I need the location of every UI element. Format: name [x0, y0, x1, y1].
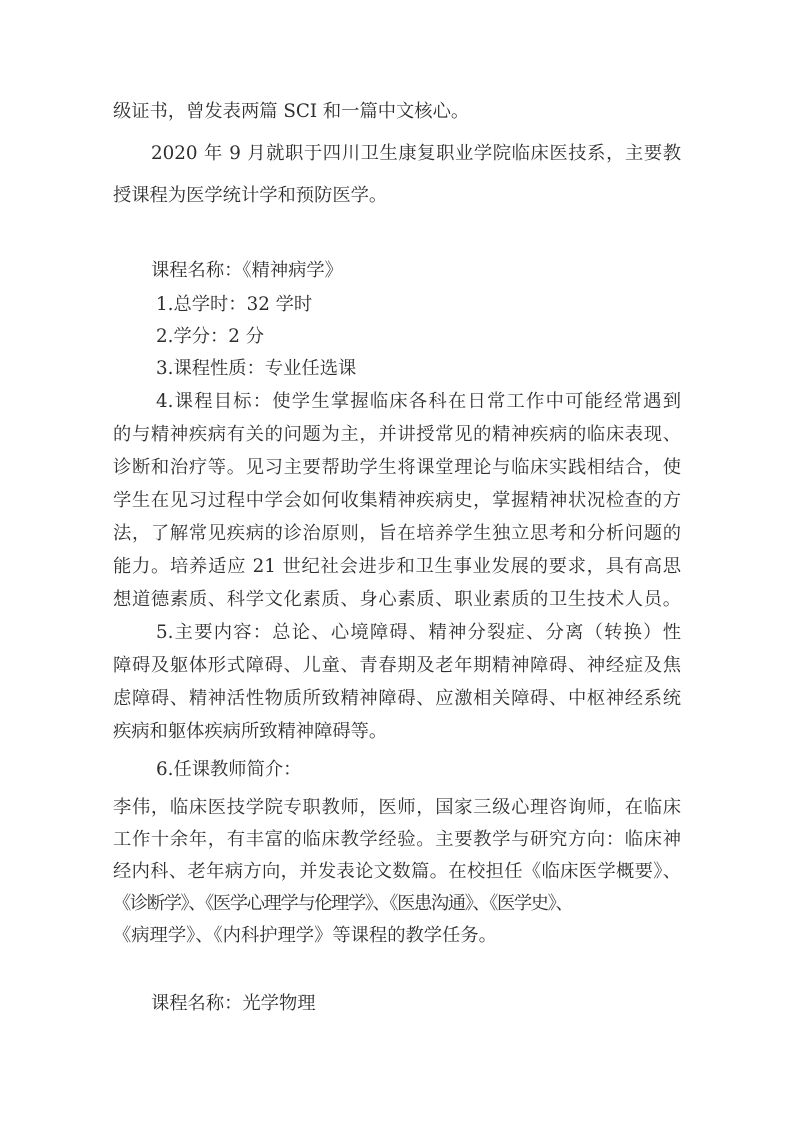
teacher-intro-line-4: 《诊断学》、《医学心理学与伦理学》、《医患沟通》、《医学史》、	[113, 888, 681, 920]
credits-line: 2.学分：2 分	[113, 321, 681, 353]
course-name-optics-line: 课程名称：光学物理	[113, 988, 681, 1020]
teacher-intro-heading-line: 6.任课教师简介：	[113, 748, 681, 792]
course-objectives-line-2: 的与精神疾病有关的问题为主，并讲授常见的精神疾病的临床表现、	[113, 418, 681, 451]
document-text-block: 级证书，曾发表两篇 SCI 和一篇中文核心。 2020 年 9 月就职于四川卫生…	[113, 0, 681, 1020]
course-objectives-line-6: 能力。培养适应 21 世纪社会进步和卫生事业发展的要求，具有高思	[113, 550, 681, 583]
paragraph-gap	[113, 217, 681, 253]
teacher-intro-line-2: 工作十余年，有丰富的临床教学经验。主要教学与研究方向：临床神	[113, 824, 681, 856]
paragraph-gap	[113, 952, 681, 988]
teacher-intro-line-1: 李伟，临床医技学院专职教师，医师，国家三级心理咨询师，在临床	[113, 792, 681, 824]
course-objectives-line-4: 学生在见习过程中学会如何收集精神疾病史，掌握精神状况检查的方	[113, 484, 681, 517]
main-content-line-1: 5.主要内容：总论、心境障碍、精神分裂症、分离（转换）性	[113, 616, 681, 649]
course-type-line: 3.课程性质：专业任选课	[113, 353, 681, 385]
course-name-psychiatry-line: 课程名称：《精神病学》	[113, 253, 681, 289]
course-objectives-line-1: 4.课程目标：使学生掌握临床各科在日常工作中可能经常遇到	[113, 385, 681, 418]
total-hours-line: 1.总学时：32 学时	[113, 289, 681, 321]
course-objectives-line-5: 法，了解常见疾病的诊治原则，旨在培养学生独立思考和分析问题的	[113, 517, 681, 550]
main-content-line-3: 虑障碍、精神活性物质所致精神障碍、应激相关障碍、中枢神经系统	[113, 682, 681, 715]
employment-paragraph-line-1: 2020 年 9 月就职于四川卫生康复职业学院临床医技系，主要教	[113, 133, 681, 175]
prev-paragraph-end-line: 级证书，曾发表两篇 SCI 和一篇中文核心。	[113, 91, 681, 133]
employment-paragraph-line-2: 授课程为医学统计学和预防医学。	[113, 175, 681, 217]
document-page: 级证书，曾发表两篇 SCI 和一篇中文核心。 2020 年 9 月就职于四川卫生…	[0, 0, 793, 1122]
course-objectives-line-3: 诊断和治疗等。见习主要帮助学生将课堂理论与临床实践相结合，使	[113, 451, 681, 484]
main-content-line-4: 疾病和躯体疾病所致精神障碍等。	[113, 715, 681, 748]
course-objectives-line-7: 想道德素质、科学文化素质、身心素质、职业素质的卫生技术人员。	[113, 583, 681, 616]
teacher-intro-line-3: 经内科、老年病方向，并发表论文数篇。在校担任《临床医学概要》、	[113, 856, 681, 888]
main-content-line-2: 障碍及躯体形式障碍、儿童、青春期及老年期精神障碍、神经症及焦	[113, 649, 681, 682]
teacher-intro-line-5: 《病理学》、《内科护理学》等课程的教学任务。	[113, 920, 681, 952]
